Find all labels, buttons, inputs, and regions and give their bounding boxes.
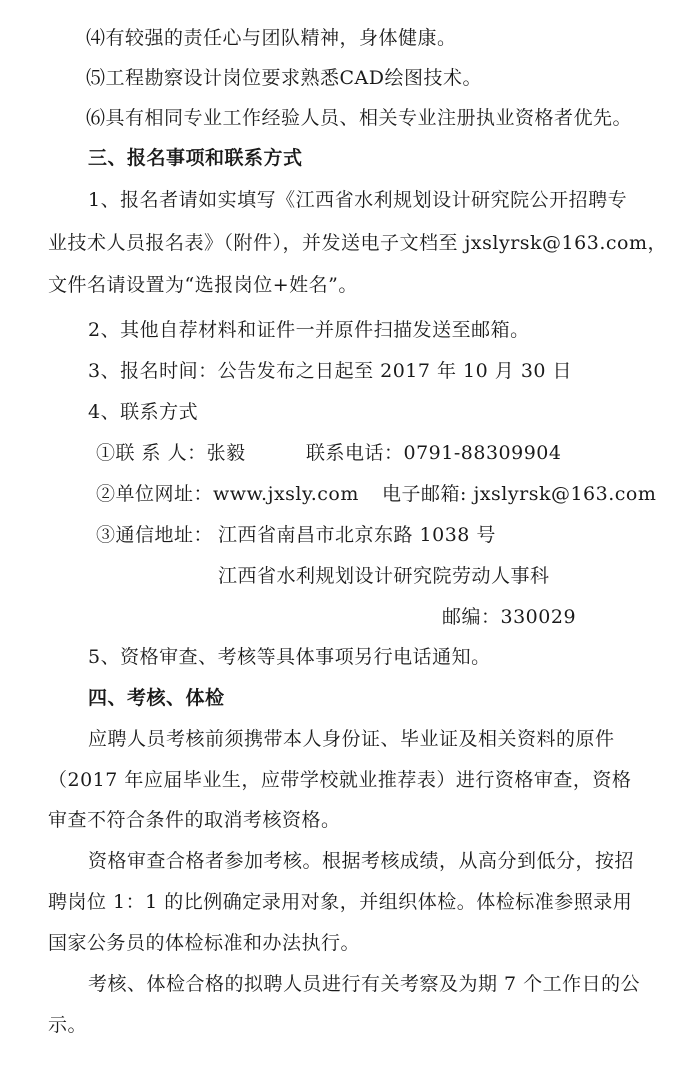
section-4-heading: 四、考核、体检: [88, 686, 225, 710]
para-3-line-1: 考核、体检合格的拟聘人员进行有关考察及为期 7 个工作日的公: [88, 972, 640, 996]
para-2-line-3: 国家公务员的体检标准和办法执行。: [48, 931, 360, 955]
item-2: 2、其他自荐材料和证件一并原件扫描发送至邮箱。: [88, 318, 530, 342]
contact-website[interactable]: ②单位网址：www.jxsly.com: [96, 482, 359, 506]
para-1-line-1: 应聘人员考核前须携带本人身份证、毕业证及相关资料的原件: [88, 727, 615, 751]
requirement-5: ⑸工程勘察设计岗位要求熟悉CAD绘图技术。: [86, 66, 482, 90]
contact-postcode: 邮编：330029: [442, 605, 576, 629]
section-3-heading: 三、报名事项和联系方式: [88, 146, 303, 170]
contact-phone: 联系电话：0791-88309904: [306, 441, 561, 465]
requirement-4: ⑷有较强的责任心与团队精神，身体健康。: [86, 26, 457, 50]
contact-address-line-2: 江西省水利规划设计研究院劳动人事科: [218, 564, 550, 588]
item-3: 3、报名时间：公告发布之日起至 2017 年 10 月 30 日: [88, 359, 572, 383]
item-5: 5、资格审查、考核等具体事项另行电话通知。: [88, 645, 491, 669]
contact-address-label: ③通信地址：: [96, 523, 213, 547]
contact-address-line-1: 江西省南昌市北京东路 1038 号: [218, 523, 496, 547]
para-2-line-2: 聘岗位 1：1 的比例确定录用对象，并组织体检。体检标准参照录用: [48, 890, 632, 914]
item-1-line-3: 文件名请设置为“选报岗位+姓名”。: [48, 273, 358, 297]
contact-email[interactable]: 电子邮箱: jxslyrsk@163.com: [382, 482, 656, 506]
item-4: 4、联系方式: [88, 400, 198, 424]
item-1-line-2: 业技术人员报名表》（附件），并发送电子文档至 jxslyrsk@163.com，: [48, 231, 667, 255]
para-1-line-3: 审查不符合条件的取消考核资格。: [48, 808, 341, 832]
requirement-6: ⑹具有相同专业工作经验人员、相关专业注册执业资格者优先。: [86, 106, 632, 130]
item-1-line-1: 1、报名者请如实填写《江西省水利规划设计研究院公开招聘专: [88, 188, 627, 212]
para-2-line-1: 资格审查合格者参加考核。根据考核成绩，从高分到低分，按招: [88, 849, 634, 873]
contact-person: ①联 系 人：张毅: [96, 441, 246, 465]
para-1-line-2: （2017 年应届毕业生，应带学校就业推荐表）进行资格审查，资格: [48, 768, 631, 792]
para-3-line-2: 示。: [48, 1013, 87, 1037]
